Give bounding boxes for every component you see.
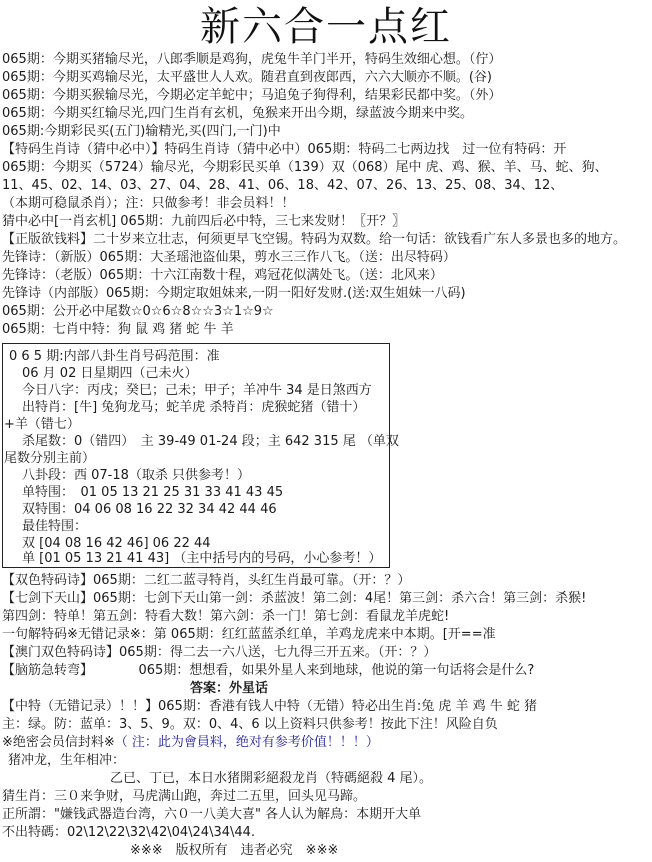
- seven-zodiac: 065期：七肖中特：狗 鼠 鸡 猪 蛇 牛 羊: [2, 321, 234, 339]
- seven-swords: 【七剑下天山】065期：七剑下天山第一剑：杀蓝波！第二剑：4尾！第三剑：杀六合！…: [2, 590, 586, 608]
- poem-line-gates: 065期:今期彩民买(五门)输精光,买(四门,一门)中: [2, 123, 281, 141]
- two-color-poem: 【双色特码诗】065期：二红二蓝寻特肖，头红生肖最可靠。（开：？）: [2, 572, 410, 590]
- poem-line-monkey: 065期：今期买猴输尽光，今期必定羊蛇中；马追兔子狗得利，结果彩民都中奖。（外）: [2, 87, 501, 105]
- pig-dragon: 猪冲龙，生年相冲：: [8, 752, 125, 770]
- numbers-line: 11、45、02、14、03、27、04、28、41、06、18、42、07、2…: [2, 177, 563, 195]
- poem-line-red: 065期：今期买红输尽光,四门生肖有玄机，兔猴来开出今期，绿蓝波今期来中奖。: [2, 105, 473, 123]
- pioneer-internal: 先锋诗（内部版）065期：今期定取姐妹来,一阴一阳好发财.(送:双生姐妹一八码): [2, 285, 466, 303]
- poem-line-pig: 065期：今期买猪输尽光，八郎季顺是鸡狗，虎兔牛羊门半开，特码生效细心想。（佇）: [2, 51, 501, 69]
- note-line: （本期可稳鼠杀肖）；注：只做参考！非会员料！！: [2, 195, 295, 213]
- member-label: ※绝密会员信封料※: [2, 735, 115, 750]
- so-called: 正所謂："嫌钱武器造台湾，六０一八美大喜" 各人认为解鳥：本期开大单: [2, 806, 421, 824]
- page-title: 新六合一点红: [0, 0, 652, 50]
- tail-numbers: 065期：公开必中尾数☆0☆6☆8☆☆3☆1☆9☆: [2, 303, 274, 321]
- seven-swords-cont: 第四剑：特单！第五剑：特看大数！第六剑：杀一门！第七剑：看鼠龙羊虎蛇!: [2, 608, 449, 626]
- brain-teaser: 【脑筋急转弯】 065期：想想看，如果外星人来到地球，他说的第一句话将会是什么?: [2, 662, 534, 680]
- genuine-line: 【正版欲钱料】二十岁来立壮志，何须更早飞空锡。特码为双数。给一句话：欲钱看广东人…: [2, 231, 626, 249]
- zodiac-poem-header: 【特码生肖诗（猜中必中）】特码生肖诗（猜中必中）065期：特码二七两边找 过一位…: [2, 141, 566, 159]
- copyright: ※※※ 版权所有 违者必究 ※※※: [130, 842, 338, 860]
- poem-line-rooster: 065期：今期买鸡输尽光，太平盛世人人欢。随君直到夜郎西，六六大顺亦不顺。(谷): [2, 69, 492, 87]
- color-line: 主：绿。防：蓝单：3、5、9。双：0、4、6 以上资料只供参考！按此下注！风险自…: [2, 716, 498, 734]
- member-note: （ 注：此为會員料，绝对有参考价值！！！）: [115, 735, 379, 750]
- box-line: 单 [01 05 13 21 41 43] （主中括号内的号码，小心参考！）: [9, 549, 381, 568]
- answer: 答案：外星话: [190, 680, 268, 698]
- macau-poem: 【澳门双色特码诗】065期：得二去一六八送，七九得三开五来。（开：？）: [2, 644, 436, 662]
- pioneer-old: 先锋诗：（老版）065期：十六江南数十程，鸡冠花似满处飞。（送：北风来）: [2, 267, 443, 285]
- special-line: 【中特（无错记录）！！】065期：香港有钱人中特（无错）特必出生肖:兔 虎 羊 …: [2, 698, 537, 716]
- one-sentence: 一句解特码※无错记录※：第 065期：红红蓝蓝杀红单，羊鸡龙虎来中本期。[开==…: [2, 626, 496, 644]
- guess-zodiac: 猜生肖：三０来争财，马虎满山跑，奔过二五里，回头见马蹄。: [2, 788, 366, 806]
- buy-line: 065期：今期买（5724）输尽光，今期彩民买单（139）双（068）尾中 虎、…: [2, 159, 608, 177]
- one-zodiac-line: 猜中必中[一肖玄机] 065期：九前四后必中特，三七来发财！〖开？〗: [2, 213, 405, 231]
- bagua-box: 0 6 5 期:内部八卦生肖号码范围：准 06 月 02 日星期四（己未火） 今…: [2, 343, 390, 568]
- water-pig: 乙已、丁已，本日水猪開彩絕殺龙肖（特碼絕殺 4 尾）。: [110, 770, 432, 788]
- member-line: ※绝密会员信封料※（ 注：此为會員料，绝对有参考价值！！！）: [2, 734, 379, 752]
- not-out: 不出特碼：02\12\22\32\42\04\24\34\44.: [2, 824, 255, 842]
- pioneer-new: 先锋诗：（新版）065期：大圣瑶池盗仙果，剪水三三作八飞。（送：出尽特码）: [2, 249, 456, 267]
